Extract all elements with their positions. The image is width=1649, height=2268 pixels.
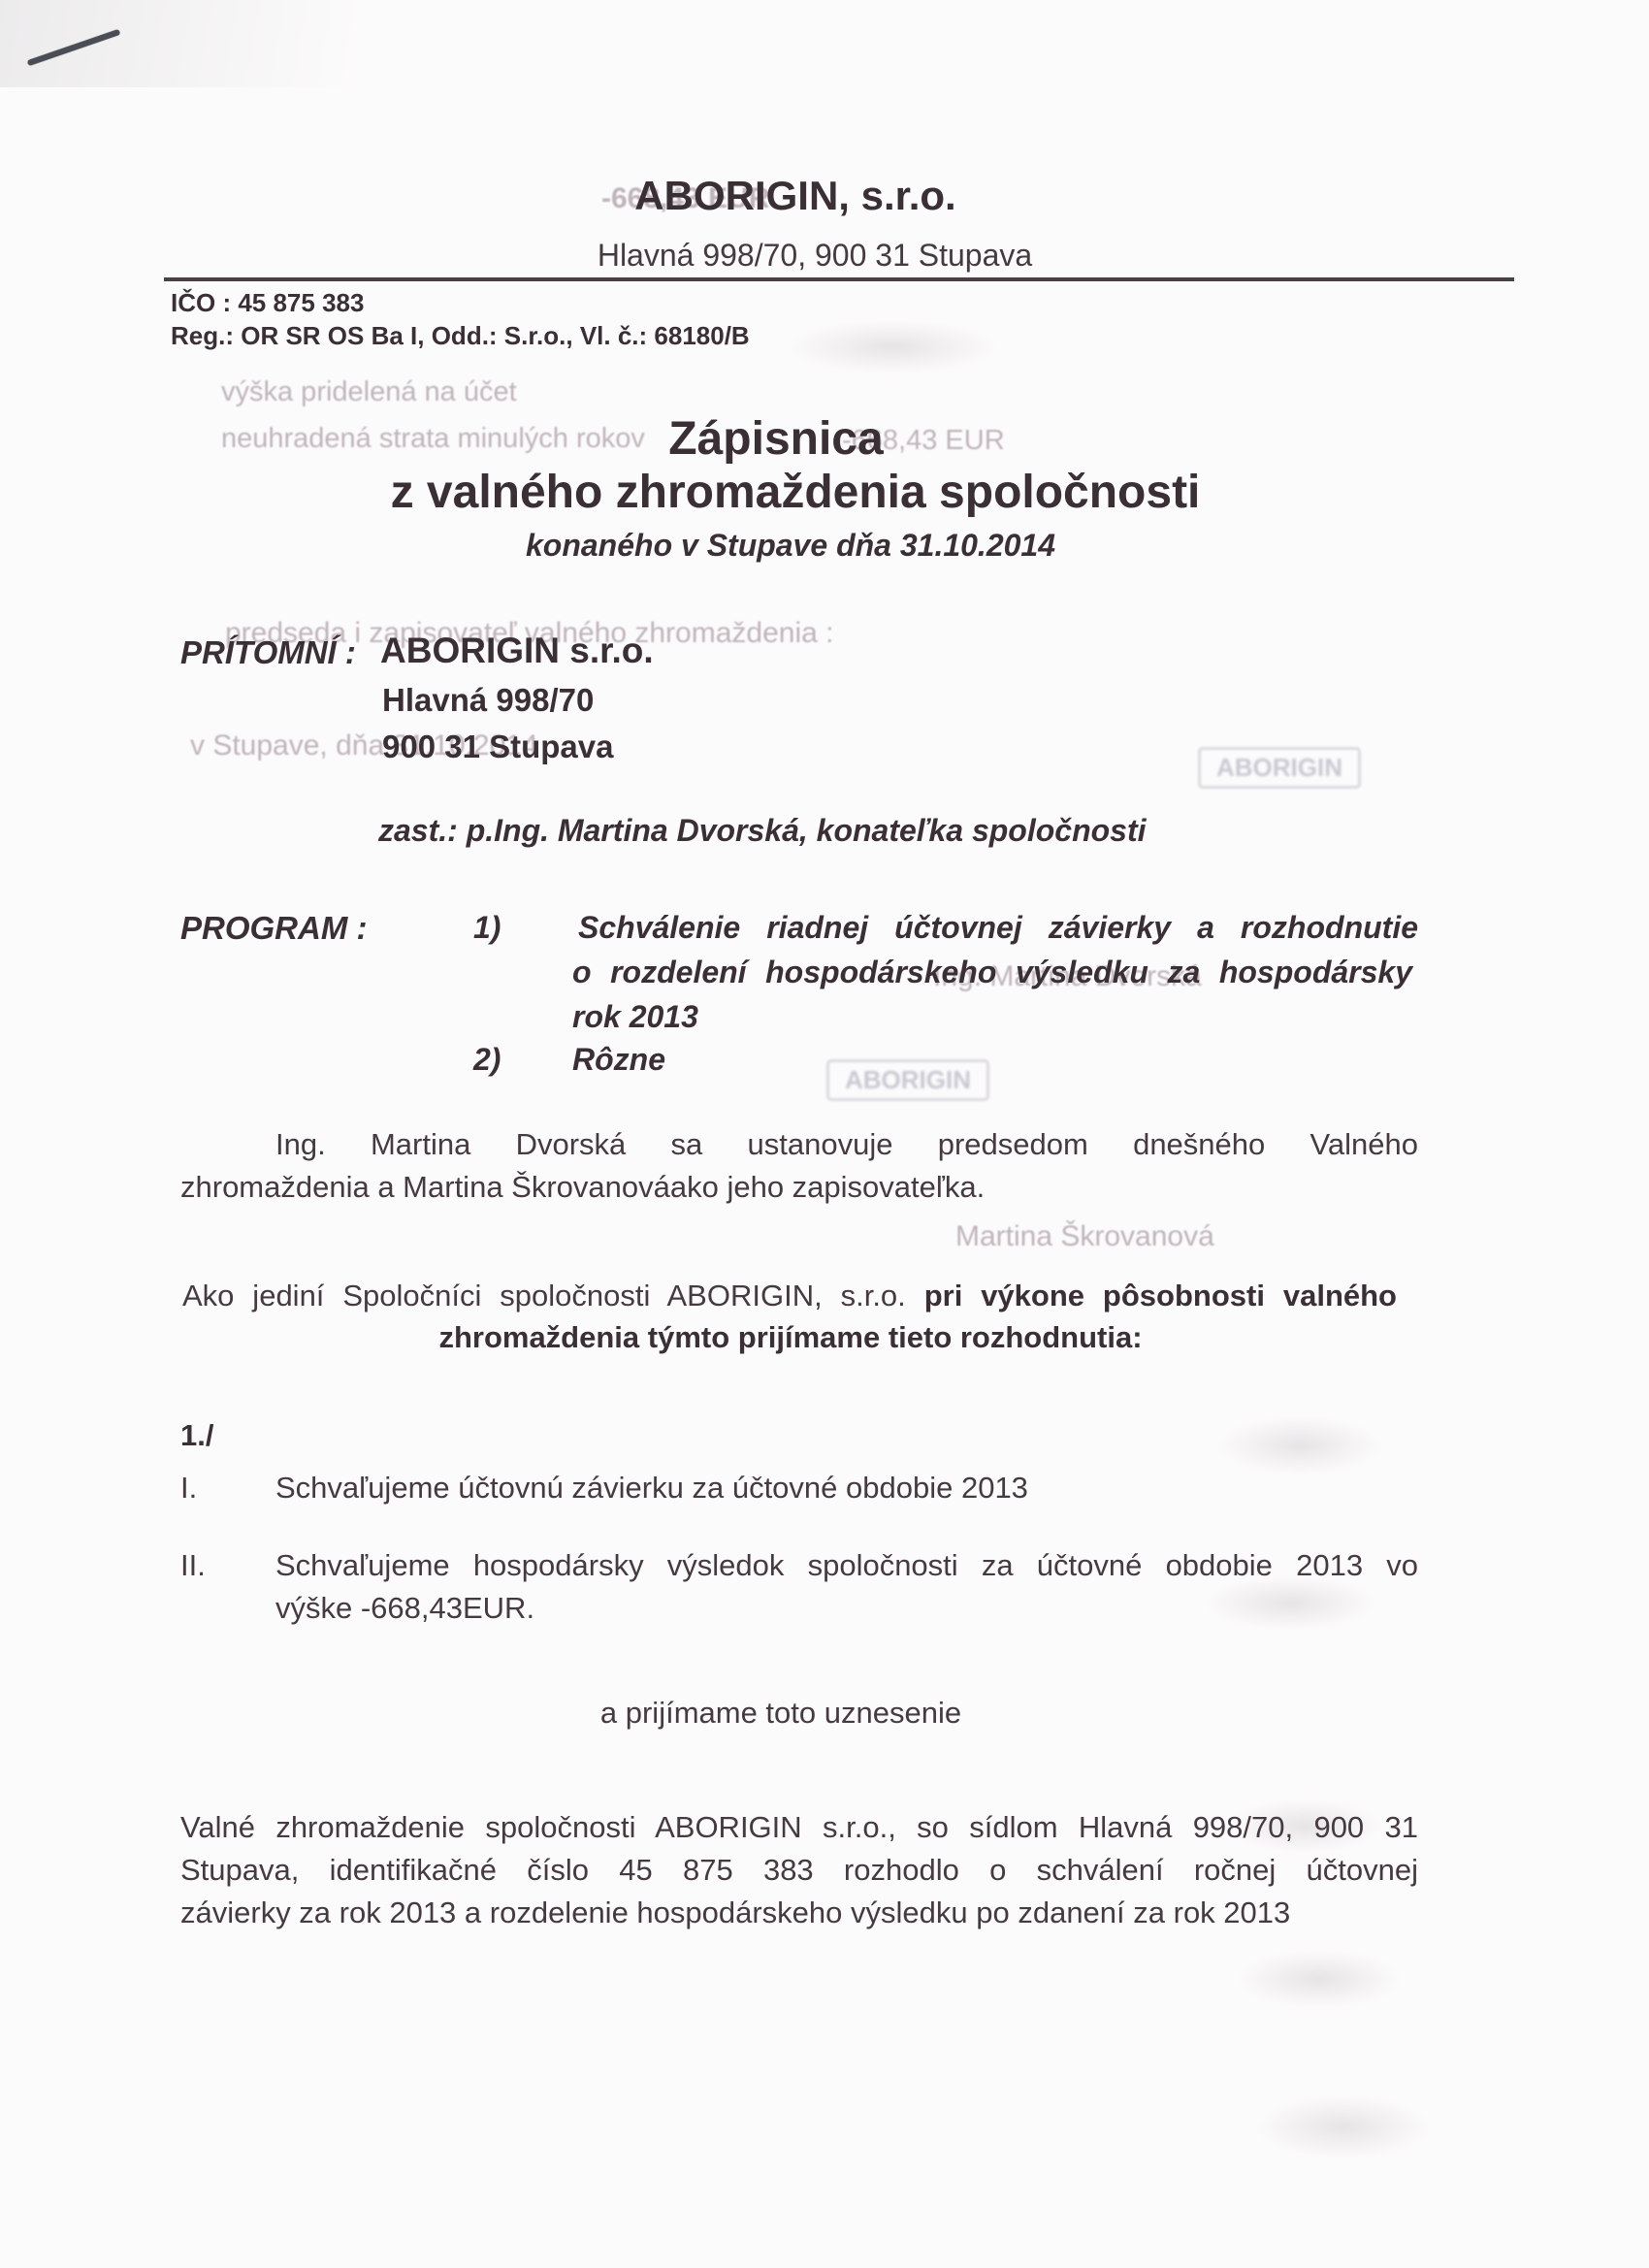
program-item-1-line-1: Schválenie riadnej účtovnej závierky a r… bbox=[578, 910, 1418, 946]
doc-title: Zápisnica bbox=[179, 412, 1373, 466]
attendees-label: PRÍTOMNÍ : bbox=[180, 634, 356, 671]
program-item-1-line-3: rok 2013 bbox=[572, 999, 698, 1035]
resolution-intro-regular: Ako jediní Spoločníci spoločnosti ABORIG… bbox=[182, 1279, 924, 1312]
resolution-closing: a prijímame toto uznesenie bbox=[179, 1696, 1382, 1731]
company-ico: IČO : 45 875 383 bbox=[171, 288, 364, 318]
program-label: PROGRAM : bbox=[180, 910, 368, 947]
final-paragraph-line-1: Valné zhromaždenie spoločnosti ABORIGIN … bbox=[180, 1810, 1418, 1845]
decision-i-number: I. bbox=[180, 1471, 197, 1506]
section-number: 1./ bbox=[180, 1418, 213, 1453]
program-item-1-line-2: o rozdelení hospodárskeho výsledku za ho… bbox=[572, 955, 1412, 990]
doc-date-line: konaného v Stupave dňa 31.10.2014 bbox=[179, 528, 1402, 564]
attendee-representative: zast.: p.Ing. Martina Dvorská, konateľka… bbox=[378, 813, 1147, 849]
ghost-name-skrovanova: Martina Škrovanová bbox=[955, 1220, 1214, 1253]
decision-i-text: Schvaľujeme účtovnú závierku za účtovné … bbox=[275, 1471, 1028, 1506]
pen-mark bbox=[27, 29, 121, 66]
ghost-stamp-2: ABORIGIN bbox=[826, 1059, 989, 1101]
decision-ii-line-1: Schvaľujeme hospodársky výsledok spoločn… bbox=[275, 1548, 1418, 1583]
program-item-2-number: 2) bbox=[473, 1042, 501, 1078]
appointment-paragraph-line-1: Ing. Martina Dvorská sa ustanovuje preds… bbox=[275, 1127, 1418, 1162]
company-name: ABORIGIN, s.r.o. bbox=[179, 173, 1411, 219]
company-address: Hlavná 998/70, 900 31 Stupava bbox=[179, 238, 1450, 274]
header-rule bbox=[164, 277, 1514, 281]
resolution-intro-bold: pri výkone pôsobnosti valného bbox=[924, 1279, 1397, 1312]
scan-smudge bbox=[786, 320, 999, 373]
scan-smudge bbox=[1203, 1576, 1377, 1630]
attendee-address-2: 900 31 Stupava bbox=[382, 729, 613, 765]
decision-ii-line-2: výške -668,43EUR. bbox=[275, 1591, 534, 1626]
resolution-intro-line-2: zhromaždenia týmto prijímame tieto rozho… bbox=[179, 1320, 1402, 1355]
program-item-2-text: Rôzne bbox=[572, 1042, 665, 1078]
scanned-document-page: -668,43 EUR výška pridelená na účet neuh… bbox=[0, 0, 1649, 2268]
program-item-1-number: 1) bbox=[473, 910, 501, 946]
attendee-address-1: Hlavná 998/70 bbox=[382, 682, 594, 719]
final-paragraph-line-3: závierky za rok 2013 a rozdelenie hospod… bbox=[180, 1895, 1290, 1930]
final-paragraph-line-2: Stupava, identifikačné číslo 45 875 383 … bbox=[180, 1853, 1418, 1888]
ghost-stamp-1: ABORIGIN bbox=[1198, 747, 1361, 789]
appointment-paragraph-line-2: zhromaždenia a Martina Škrovanováako jeh… bbox=[180, 1170, 985, 1205]
company-registration: Reg.: OR SR OS Ba I, Odd.: S.r.o., Vl. č… bbox=[171, 321, 750, 351]
scan-smudge bbox=[1256, 2095, 1431, 2158]
ghost-line-allocation: výška pridelená na účet bbox=[221, 376, 517, 408]
attendee-company: ABORIGIN s.r.o. bbox=[380, 631, 654, 671]
scan-smudge bbox=[1237, 1950, 1402, 2008]
scan-smudge bbox=[1217, 1416, 1382, 1474]
resolution-intro-line-1: Ako jediní Spoločníci spoločnosti ABORIG… bbox=[182, 1279, 1397, 1313]
decision-ii-number: II. bbox=[180, 1548, 206, 1583]
doc-subtitle: z valného zhromaždenia spoločnosti bbox=[179, 466, 1411, 519]
